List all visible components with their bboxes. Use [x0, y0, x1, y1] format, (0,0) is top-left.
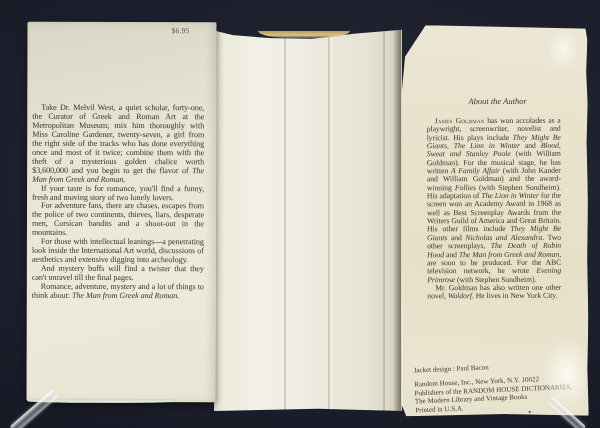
price-label: $6.95: [172, 26, 190, 35]
photo-backdrop: $6.95 Take Dr. Melvil West, a quiet scho…: [0, 0, 600, 428]
about-the-author-heading: About the Author: [418, 96, 578, 107]
jacket-spine-panels: [214, 29, 402, 411]
author-bio: James Goldman has won accolades as a pla…: [427, 117, 562, 301]
jacket-front-flap: $6.95 Take Dr. Melvil West, a quiet scho…: [27, 22, 217, 402]
bio-paragraph: James Goldman has won accolades as a pla…: [427, 117, 562, 284]
fold-crease: [328, 29, 333, 411]
fold-crease: [383, 29, 385, 411]
blurb-paragraph: If your taste is for romance, you'll fin…: [32, 184, 204, 202]
blurb-paragraph: Romance, adventure, mystery and a lot of…: [32, 283, 204, 301]
tape-glare: [547, 29, 579, 71]
bio-paragraph: Mr. Goldman has also written one other n…: [427, 284, 561, 301]
front-flap-blurb: Take Dr. Melvil West, a quiet scholar, f…: [32, 104, 205, 301]
paper-speck: [529, 411, 531, 413]
publisher-info: Random House, Inc., New York, N.Y. 10022…: [414, 373, 584, 424]
blurb-paragraph: Take Dr. Melvil West, a quiet scholar, f…: [32, 104, 204, 185]
jacket-back-flap: About the Author James Goldman has won a…: [399, 25, 588, 417]
jacket-design-credit: Jacket design : Paul Bacon: [413, 359, 581, 375]
colophon: Jacket design : Paul Bacon Random House,…: [413, 359, 583, 424]
fold-crease: [284, 29, 286, 411]
fold-shadow: [393, 29, 401, 412]
blurb-paragraph: For adventure fans, there are chases, es…: [32, 202, 204, 238]
blurb-paragraph: And mystery buffs will find a twister th…: [32, 265, 204, 283]
blurb-paragraph: For those with intellectual leanings—a p…: [32, 238, 204, 265]
